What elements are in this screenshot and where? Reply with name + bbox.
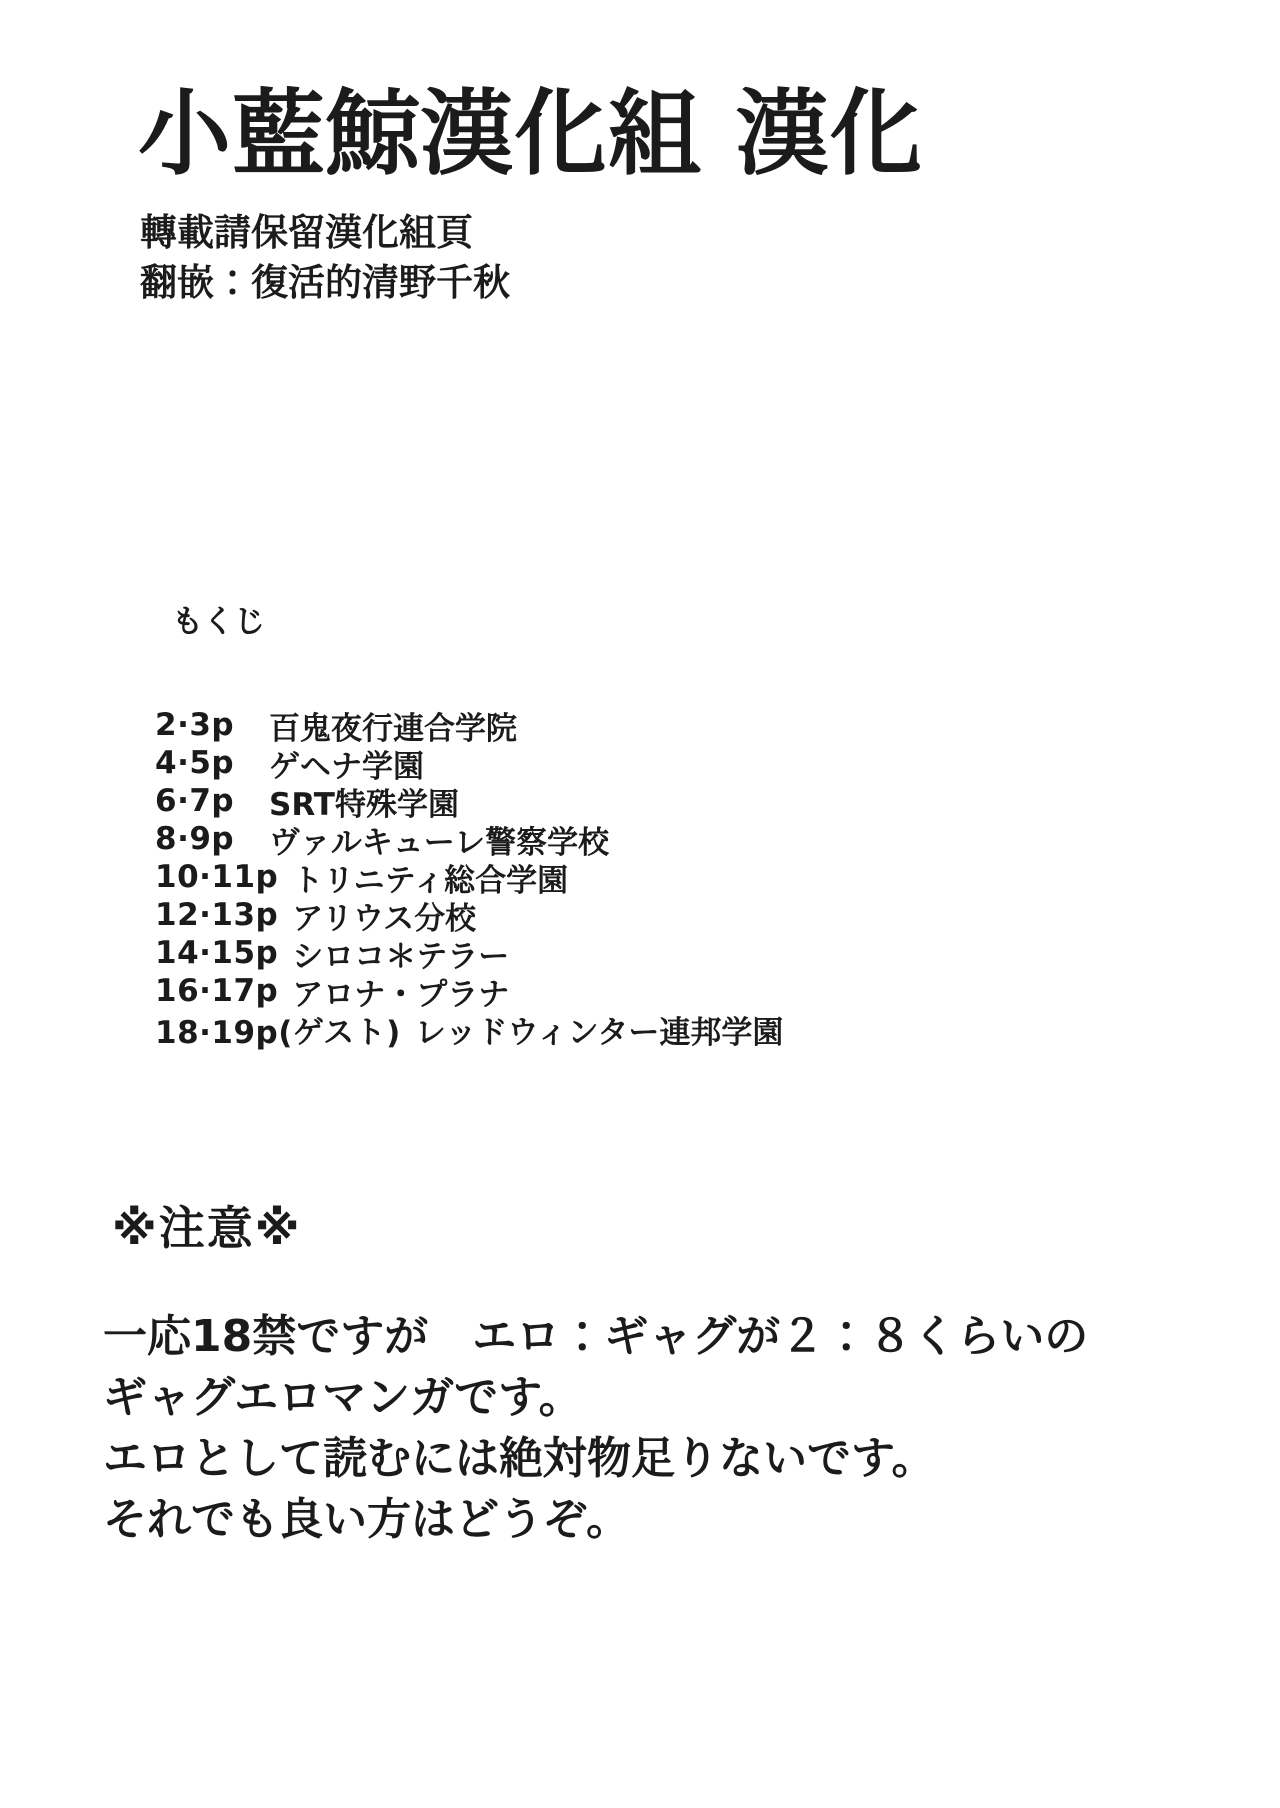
notice-line: エロとして読むには絶対物足りないです。 [103, 1428, 1088, 1489]
notice-line: ギャグエロマンガです。 [103, 1367, 1088, 1428]
toc-row: 10·11p トリニティ総合学園 [155, 858, 783, 896]
toc-pages: 2·3p [155, 707, 255, 743]
toc-pages: 12·13p [155, 897, 278, 933]
toc-row: 14·15p シロコ＊テラー [155, 934, 783, 972]
toc-heading: もくじ [172, 596, 265, 641]
notice-paragraph: 一応18禁ですが エロ：ギャグが２：８くらいの ギャグエロマンガです。 エロとし… [103, 1306, 1088, 1550]
toc-row: 12·13p アリウス分校 [155, 896, 783, 934]
credit-line-translator: 翻嵌：復活的清野千秋 [140, 258, 510, 308]
doujin-credits-page: 小藍鯨漢化組 漢化 轉載請保留漢化組頁 翻嵌：復活的清野千秋 もくじ 2·3p … [0, 0, 1280, 1808]
toc-pages: 10·11p [155, 859, 278, 895]
toc-row: 4·5p ゲヘナ学園 [155, 744, 783, 782]
toc-pages: 8·9p [155, 821, 255, 857]
page-title: 小藍鯨漢化組 漢化 [138, 80, 923, 190]
toc-pages: 6·7p [155, 783, 255, 819]
credit-line-repost: 轉載請保留漢化組頁 [140, 208, 510, 258]
toc-row: 6·7p SRT特殊学園 [155, 782, 783, 820]
credits-block: 轉載請保留漢化組頁 翻嵌：復活的清野千秋 [140, 208, 510, 308]
toc-pages: 14·15p [155, 935, 278, 971]
toc-pages: 18·19p(ゲスト) [155, 1007, 401, 1052]
toc-row: 18·19p(ゲスト) レッドウィンター連邦学園 [155, 1010, 783, 1048]
toc-entry-title: レッドウィンター連邦学園 [415, 1007, 784, 1052]
notice-line: それでも良い方はどうぞ。 [103, 1489, 1088, 1550]
toc-row: 8·9p ヴァルキューレ警察学校 [155, 820, 783, 858]
toc-list: 2·3p 百鬼夜行連合学院 4·5p ゲヘナ学園 6·7p SRT特殊学園 8·… [155, 706, 783, 1048]
toc-row: 16·17p アロナ・プラナ [155, 972, 783, 1010]
notice-heading: ※注意※ [112, 1192, 301, 1258]
notice-line: 一応18禁ですが エロ：ギャグが２：８くらいの [103, 1306, 1088, 1367]
toc-row: 2·3p 百鬼夜行連合学院 [155, 706, 783, 744]
toc-pages: 4·5p [155, 745, 255, 781]
toc-pages: 16·17p [155, 973, 278, 1009]
